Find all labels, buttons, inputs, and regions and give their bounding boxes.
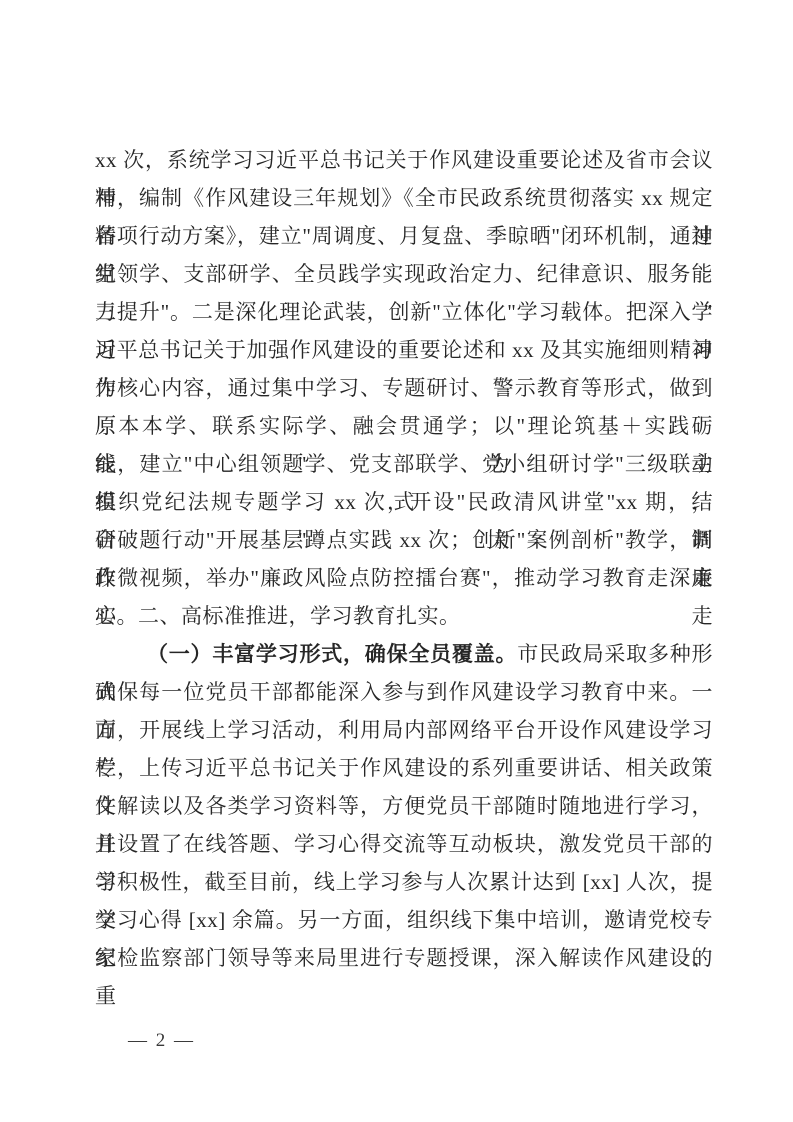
text-line: 学习心得 [xx] 余篇。另一方面，组织线下集中培训，邀请党校专家、: [95, 901, 713, 939]
text-line: 各项行动方案》，建立"周调度、月复盘、季晾晒"闭环机制，通过党: [95, 217, 713, 255]
text-line: 栏，上传习近平总书记关于作风建设的系列重要讲话、相关政策文: [95, 749, 713, 787]
page-number: — 2 —: [128, 1030, 195, 1052]
text-line: 确保每一位党员干部都能深入参与到作风建设学习教育中来。一方: [95, 673, 713, 711]
text-line: 三提升"。二是深化理论武装，创新"立体化"学习载体。把深入学习习: [95, 293, 713, 331]
emphasis-text: （一）丰富学习形式，确保全员覆盖。: [147, 642, 517, 666]
text-line: 习积极性，截至目前，线上学习参与人次累计达到 [xx] 人次，提交: [95, 863, 713, 901]
text-line: 面，开展线上学习活动，利用局内部网络平台开设作风建设学习专: [95, 711, 713, 749]
text-line: xx 次，系统学习习近平总书记关于作风建设重要论述及省市会议精: [95, 141, 713, 179]
text-line: 纪检监察部门领导等来局里进行专题授课，深入解读作风建设的重: [95, 939, 713, 977]
text-line: 原本本学、联系实际学、融会贯通学；以"理论筑基＋实践砺能"为主: [95, 407, 713, 445]
text-line: 线，建立"中心组领题学、党支部联学、党小组研讨学"三级联动模式，: [95, 445, 713, 483]
text-line: 研破题行动"开展基层蹲点实践 xx 次；创新"案例剖析"教学，制作廉: [95, 521, 713, 559]
body-text: 纪检监察部门领导等来局里进行专题授课，深入解读作风建设的重: [95, 946, 713, 1008]
text-line: 政微视频，举办"廉政风险点防控擂台赛"，推动学习教育走深走心走: [95, 559, 713, 597]
text-line: 组领学、支部研学、全员践学实现政治定力、纪律意识、服务能力": [95, 255, 713, 293]
text-line: 且设置了在线答题、学习心得交流等互动板块，激发党员干部的学: [95, 825, 713, 863]
text-line: 为核心内容，通过集中学习、专题研讨、警示教育等形式，做到原: [95, 369, 713, 407]
body-text: 实。二、高标准推进，学习教育扎实。: [95, 604, 461, 628]
text-line: （一）丰富学习形式，确保全员覆盖。市民政局采取多种形式: [95, 635, 713, 673]
text-line: 神，编制《作风建设三年规划》《全市民政系统贯彻落实 xx 规定精神: [95, 179, 713, 217]
paragraph: （一）丰富学习形式，确保全员覆盖。市民政局采取多种形式确保每一位党员干部都能深入…: [95, 635, 713, 977]
document-body: xx 次，系统学习习近平总书记关于作风建设重要论述及省市会议精神，编制《作风建设…: [95, 141, 713, 977]
text-line: 组织党纪法规专题学习 xx 次，开设"民政清风讲堂"xx 期，结合"大调: [95, 483, 713, 521]
document-page: xx 次，系统学习习近平总书记关于作风建设重要论述及省市会议精神，编制《作风建设…: [0, 0, 793, 1122]
text-line: 近平总书记关于加强作风建设的重要论述和 xx 及其实施细则精神作: [95, 331, 713, 369]
paragraph: xx 次，系统学习习近平总书记关于作风建设重要论述及省市会议精神，编制《作风建设…: [95, 141, 713, 635]
text-line: 件解读以及各类学习资料等，方便党员干部随时随地进行学习，并: [95, 787, 713, 825]
